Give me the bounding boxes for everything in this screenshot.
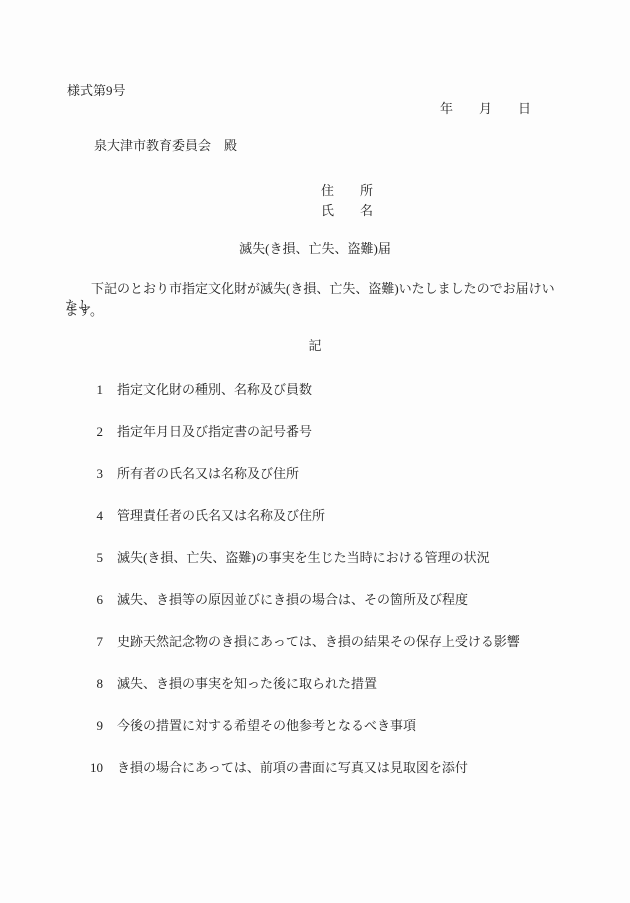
item-text: 滅失(き損、亡失、盗難)の事実を生じた当時における管理の状況: [117, 549, 490, 566]
list-item: 2 指定年月日及び指定書の記号番号: [60, 423, 600, 465]
item-number: 4: [60, 507, 103, 524]
applicant-address-label: 住 所: [321, 182, 373, 199]
document-title: 滅失(き損、亡失、盗難)届: [0, 240, 630, 257]
item-number: 10: [60, 759, 103, 776]
list-item: 4 管理責任者の氏名又は名称及び住所: [60, 507, 600, 549]
list-item: 1 指定文化財の種別、名称及び員数: [60, 381, 600, 423]
list-item: 10 き損の場合にあっては、前項の書面に写真又は見取図を添付: [60, 759, 600, 801]
section-marker: 記: [0, 337, 630, 354]
list-item: 9 今後の措置に対する希望その他参考となるべき事項: [60, 717, 600, 759]
date-line: 年 月 日: [440, 100, 531, 117]
list-item: 6 滅失、き損等の原因並びにき損の場合は、その箇所及び程度: [60, 591, 600, 633]
body-paragraph-line-2: ます。: [65, 302, 103, 319]
list-item: 5 滅失(き損、亡失、盗難)の事実を生じた当時における管理の状況: [60, 549, 600, 591]
item-number: 8: [60, 675, 103, 692]
item-text: 所有者の氏名又は名称及び住所: [117, 465, 299, 482]
item-text: 滅失、き損の事実を知った後に取られた措置: [117, 675, 377, 692]
item-number: 5: [60, 549, 103, 566]
item-text: 指定文化財の種別、名称及び員数: [117, 381, 312, 398]
form-number: 様式第9号: [67, 82, 126, 99]
item-number: 2: [60, 423, 103, 440]
applicant-name-label: 氏 名: [321, 202, 373, 219]
item-text: 今後の措置に対する希望その他参考となるべき事項: [117, 717, 416, 734]
list-item: 3 所有者の氏名又は名称及び住所: [60, 465, 600, 507]
item-text: 管理責任者の氏名又は名称及び住所: [117, 507, 325, 524]
item-number: 1: [60, 381, 103, 398]
item-text: き損の場合にあっては、前項の書面に写真又は見取図を添付: [117, 759, 468, 776]
document-page: 様式第9号 年 月 日 泉大津市教育委員会 殿 住 所 氏 名 滅失(き損、亡失…: [0, 0, 630, 903]
item-number: 9: [60, 717, 103, 734]
item-text: 指定年月日及び指定書の記号番号: [117, 423, 312, 440]
item-list: 1 指定文化財の種別、名称及び員数 2 指定年月日及び指定書の記号番号 3 所有…: [60, 381, 600, 801]
body-paragraph-line-1: 下記のとおり市指定文化財が滅失(き損、亡失、盗難)いたしましたのでお届けいたし: [65, 280, 555, 314]
item-text: 滅失、き損等の原因並びにき損の場合は、その箇所及び程度: [117, 591, 468, 608]
addressee: 泉大津市教育委員会 殿: [94, 137, 237, 154]
item-text: 史跡天然記念物のき損にあっては、き損の結果その保存上受ける影響: [117, 633, 520, 650]
list-item: 8 滅失、き損の事実を知った後に取られた措置: [60, 675, 600, 717]
item-number: 7: [60, 633, 103, 650]
list-item: 7 史跡天然記念物のき損にあっては、き損の結果その保存上受ける影響: [60, 633, 600, 675]
item-number: 6: [60, 591, 103, 608]
item-number: 3: [60, 465, 103, 482]
